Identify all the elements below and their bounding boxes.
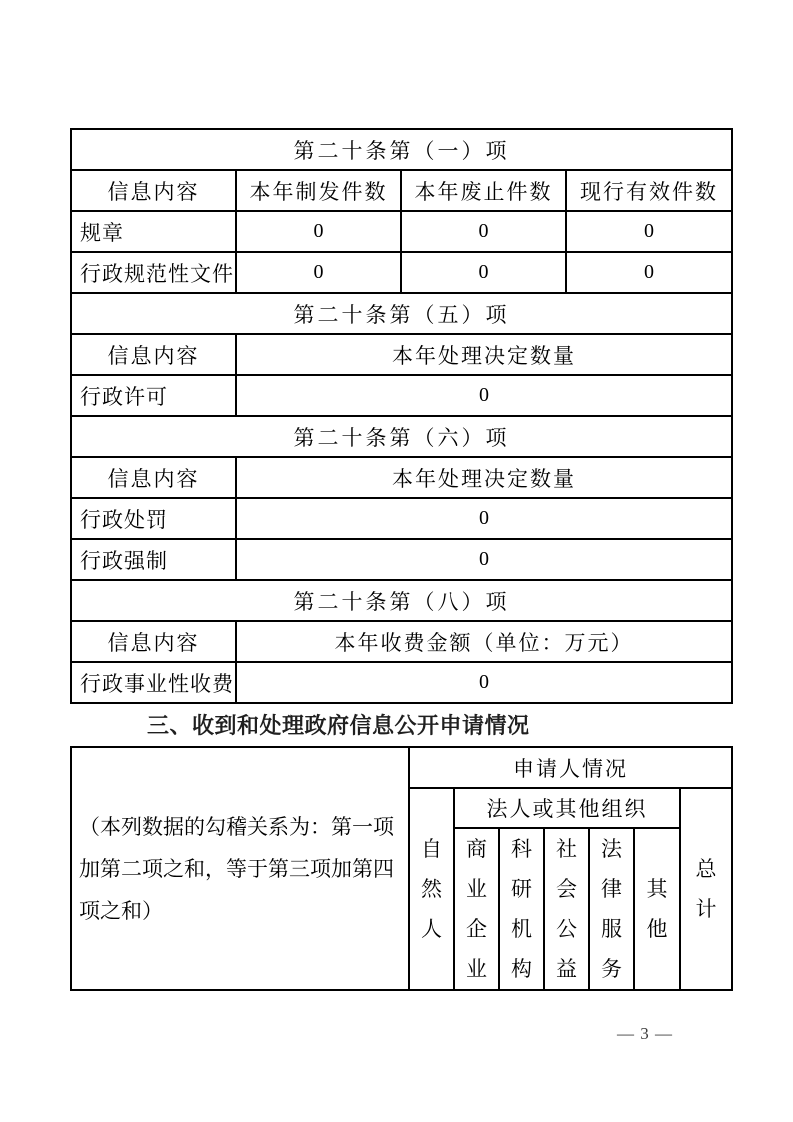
table-row: 第二十条第（五）项 <box>71 293 732 334</box>
applications-table: （本列数据的勾稽关系为：第一项加第二项之和，等于第三项加第四项之和） 申请人情况… <box>70 746 733 991</box>
column-header-social: 社会公益 <box>544 828 589 990</box>
table-row: 信息内容 本年处理决定数量 <box>71 457 732 498</box>
section-heading: 三、收到和处理政府信息公开申请情况 <box>147 709 530 740</box>
note-cell: （本列数据的勾稽关系为：第一项加第二项之和，等于第三项加第四项之和） <box>71 747 409 990</box>
column-header-other: 其他 <box>634 828 680 990</box>
column-header-cell: 本年废止件数 <box>401 170 566 211</box>
column-header-cell: 信息内容 <box>71 170 236 211</box>
table-row: 第二十条第（六）项 <box>71 416 732 457</box>
page-number: — 3 — <box>600 1024 690 1044</box>
value-cell: 0 <box>401 211 566 252</box>
row-label-cell: 规章 <box>71 211 236 252</box>
vertical-label: 社会公益 <box>554 829 578 989</box>
table-row: 行政规范性文件 0 0 0 <box>71 252 732 293</box>
table-row: 信息内容 本年收费金额（单位：万元） <box>71 621 732 662</box>
applicant-header-cell: 申请人情况 <box>409 747 732 788</box>
value-cell: 0 <box>236 211 401 252</box>
value-cell: 0 <box>236 252 401 293</box>
vertical-label: 科研机构 <box>509 829 533 989</box>
table-row: 信息内容 本年制发件数 本年废止件数 现行有效件数 <box>71 170 732 211</box>
column-header-cell: 现行有效件数 <box>566 170 732 211</box>
table-row: 信息内容 本年处理决定数量 <box>71 334 732 375</box>
vertical-label: 其他 <box>645 869 669 949</box>
vertical-label: 自然人 <box>419 829 443 949</box>
value-cell: 0 <box>236 498 732 539</box>
column-header-cell: 本年制发件数 <box>236 170 401 211</box>
section-title-cell: 第二十条第（五）项 <box>71 293 732 334</box>
value-cell: 0 <box>236 539 732 580</box>
section-title-cell: 第二十条第（六）项 <box>71 416 732 457</box>
article-20-table: 第二十条第（一）项 信息内容 本年制发件数 本年废止件数 现行有效件数 规章 0… <box>70 128 733 704</box>
column-header-total: 总计 <box>680 788 732 990</box>
table-row: 规章 0 0 0 <box>71 211 732 252</box>
vertical-label: 商业企业 <box>464 829 488 989</box>
value-cell: 0 <box>566 211 732 252</box>
section-title-cell: 第二十条第（一）项 <box>71 129 732 170</box>
section-title-cell: 第二十条第（八）项 <box>71 580 732 621</box>
table-row: 行政处罚 0 <box>71 498 732 539</box>
vertical-label: 法律服务 <box>599 829 623 989</box>
column-header-cell: 本年处理决定数量 <box>236 334 732 375</box>
value-cell: 0 <box>236 662 732 703</box>
column-header-commercial: 商业企业 <box>454 828 499 990</box>
vertical-label: 总计 <box>694 849 718 929</box>
value-cell: 0 <box>236 375 732 416</box>
row-label-cell: 行政处罚 <box>71 498 236 539</box>
legal-org-header-cell: 法人或其他组织 <box>454 788 680 828</box>
column-header-cell: 信息内容 <box>71 334 236 375</box>
row-label-cell: 行政强制 <box>71 539 236 580</box>
table-row: 第二十条第（八）项 <box>71 580 732 621</box>
table-row: 第二十条第（一）项 <box>71 129 732 170</box>
column-header-cell: 信息内容 <box>71 621 236 662</box>
column-header-cell: 本年收费金额（单位：万元） <box>236 621 732 662</box>
document-page: 第二十条第（一）项 信息内容 本年制发件数 本年废止件数 现行有效件数 规章 0… <box>0 0 793 1122</box>
column-header-cell: 本年处理决定数量 <box>236 457 732 498</box>
table-row: 行政许可 0 <box>71 375 732 416</box>
row-label-cell: 行政许可 <box>71 375 236 416</box>
column-header-natural-person: 自然人 <box>409 788 454 990</box>
table-row: 行政事业性收费 0 <box>71 662 732 703</box>
table-row: （本列数据的勾稽关系为：第一项加第二项之和，等于第三项加第四项之和） 申请人情况 <box>71 747 732 788</box>
table-row: 行政强制 0 <box>71 539 732 580</box>
row-label-cell: 行政规范性文件 <box>71 252 236 293</box>
value-cell: 0 <box>401 252 566 293</box>
column-header-legal: 法律服务 <box>589 828 634 990</box>
column-header-research: 科研机构 <box>499 828 544 990</box>
column-header-cell: 信息内容 <box>71 457 236 498</box>
value-cell: 0 <box>566 252 732 293</box>
row-label-cell: 行政事业性收费 <box>71 662 236 703</box>
